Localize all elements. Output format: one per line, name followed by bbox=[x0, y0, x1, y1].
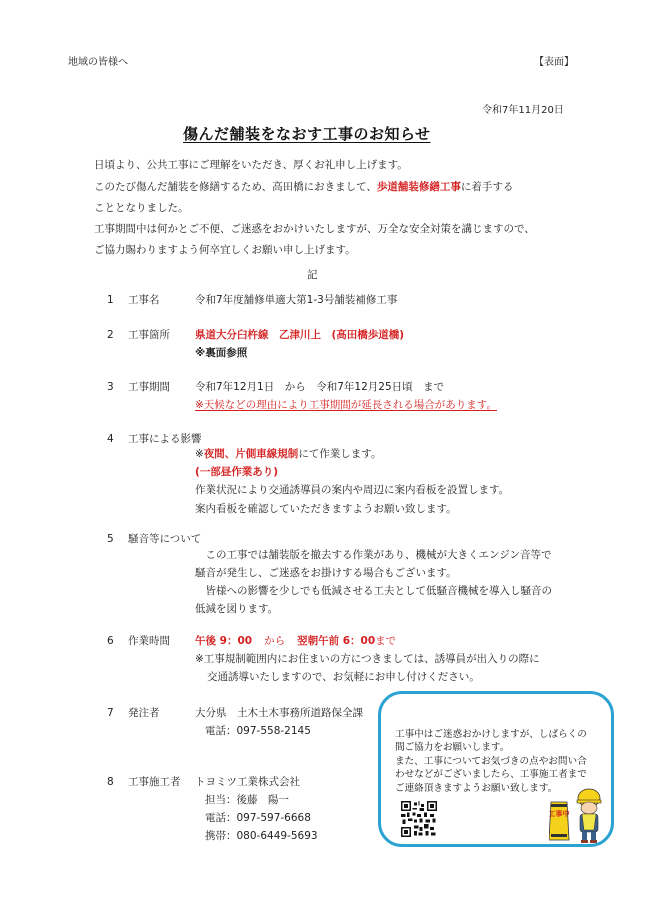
intro-text: に着手する bbox=[461, 181, 514, 193]
addressee: 地域の皆様へ bbox=[68, 56, 128, 70]
item-5-line-3: 皆様への影響を少しでも低減させる工夫として低騒音機械を導入し騒音の bbox=[195, 584, 552, 598]
item-6-note-1: ※工事規制範囲内にお住まいの方につきましては、誘導員が出入りの際に bbox=[195, 652, 540, 666]
item-4-line-3: 作業状況により交通誘導員の案内や周辺に案内看板を設置します。 bbox=[195, 483, 509, 497]
contractor-person: 担当：後藤 陽一 bbox=[205, 793, 289, 807]
item-5-label: 騒音等について bbox=[128, 532, 201, 546]
intro-line-1: 日頃より、公共工事にご理解をいただき、厚くお礼申し上げます。 bbox=[94, 158, 408, 172]
item-8-number: 8 bbox=[107, 775, 114, 789]
end-time: 翌朝午前 6：00 bbox=[297, 635, 375, 647]
item-6-number: 6 bbox=[107, 634, 114, 648]
notice-line-1: 工事中はご迷惑おかけしますが、しばらくの bbox=[395, 728, 587, 741]
notice-text: 工事中はご迷惑おかけしますが、しばらくの 間ご協力をお願いします。 また、工事に… bbox=[395, 728, 587, 795]
note-mark: ※ bbox=[195, 448, 204, 460]
item-4-daytime-note: (一部昼作業あり) bbox=[195, 465, 278, 479]
item-2-label: 工事箇所 bbox=[128, 328, 170, 342]
intro-line-4: 工事期間中は何かとご不便、ご迷惑をおかけいたしますが、万全な安全対策を講じますの… bbox=[94, 222, 535, 236]
from-word: から bbox=[264, 635, 285, 647]
sign-text: 工事中 bbox=[549, 809, 570, 818]
item-4-line-4: 案内看板を確認していただきますようお願い致します。 bbox=[195, 502, 457, 516]
item-1-label: 工事名 bbox=[128, 293, 160, 307]
start-time: 午後 9：00 bbox=[195, 635, 252, 647]
night-lane-restriction: 夜間、片側車線規制 bbox=[204, 448, 299, 460]
notice-line-2: 間ご協力をお願いします。 bbox=[395, 741, 587, 754]
item-6-hours: 午後 9：00から翌朝午前 6：00まで bbox=[195, 634, 396, 648]
page-title: 傷んだ舗装をなおす工事のお知らせ bbox=[183, 123, 431, 144]
item-4-text: にて作業します。 bbox=[298, 448, 381, 460]
orderer-phone: 電話：097-558-2145 bbox=[205, 724, 311, 738]
item-2-note: ※裏面参照 bbox=[195, 346, 247, 360]
item-3-number: 3 bbox=[107, 380, 114, 394]
construction-worker-icon: 工事中 bbox=[549, 786, 607, 844]
item-2-location: 県道大分臼杵線 乙津川上 (高田橋歩道橋) bbox=[195, 328, 404, 342]
contractor-mobile: 携帯：080-6449-5693 bbox=[205, 829, 318, 843]
ki-heading: 記 bbox=[307, 268, 318, 282]
intro-text: このたび傷んだ舗装を修繕するため、高田橋におきまして、 bbox=[94, 181, 377, 193]
contractor-phone: 電話：097-597-6668 bbox=[205, 811, 311, 825]
project-highlight: 歩道舗装修繕工事 bbox=[377, 181, 461, 193]
item-5-line-4: 低減を図ります。 bbox=[195, 602, 278, 616]
item-6-label: 作業時間 bbox=[128, 634, 170, 648]
notice-line-4: わせなどがございましたら、工事施工者まで bbox=[395, 768, 587, 781]
orderer-org: 大分県 土木土木事務所道路保全課 bbox=[195, 706, 363, 720]
item-6-note-2: 交通誘導いたしますので、お気軽にお申し付けください。 bbox=[207, 670, 480, 684]
item-2-number: 2 bbox=[107, 328, 114, 342]
item-5-line-1: この工事では舗装版を撤去する作業があり、機械が大きくエンジン音等で bbox=[195, 548, 551, 562]
to-word: まで bbox=[375, 635, 396, 647]
item-1-number: 1 bbox=[107, 293, 114, 307]
qr-code-icon[interactable] bbox=[401, 801, 437, 837]
notice-box: 工事中はご迷惑おかけしますが、しばらくの 間ご協力をお願いします。 また、工事に… bbox=[378, 691, 614, 847]
date: 令和7年11月20日 bbox=[482, 104, 564, 118]
intro-line-5: ご協力賜わりますよう何卒宜しくお願い申し上げます。 bbox=[94, 243, 356, 257]
item-1-value: 令和7年度舗修単適大第1-3号舗装補修工事 bbox=[195, 293, 397, 307]
item-3-label: 工事期間 bbox=[128, 380, 170, 394]
item-8-label: 工事施工者 bbox=[128, 775, 181, 789]
item-5-line-2: 騒音が発生し、ご迷惑をお掛けする場合もございます。 bbox=[195, 566, 457, 580]
intro-line-3: こととなりました。 bbox=[94, 201, 189, 215]
contractor-company: トヨミツ工業株式会社 bbox=[195, 775, 300, 789]
intro-line-2: このたび傷んだ舗装を修繕するため、高田橋におきまして、歩道舗装修繕工事に着手する bbox=[94, 180, 513, 194]
item-3-note: ※天候などの理由により工事期間が延長される場合があります。 bbox=[195, 398, 497, 412]
item-3-period: 令和7年12月1日 から 令和7年12月25日頃 まで bbox=[195, 380, 444, 394]
notice-line-3: また、工事についてお気づきの点やお問い合 bbox=[395, 755, 587, 768]
item-7-number: 7 bbox=[107, 706, 114, 720]
item-7-label: 発注者 bbox=[128, 706, 160, 720]
item-4-label: 工事による影響 bbox=[128, 432, 202, 446]
item-4-number: 4 bbox=[107, 432, 114, 446]
side-label: 【表面】 bbox=[534, 56, 574, 70]
item-4-line-1: ※夜間、片側車線規制にて作業します。 bbox=[195, 447, 381, 461]
item-5-number: 5 bbox=[107, 532, 114, 546]
